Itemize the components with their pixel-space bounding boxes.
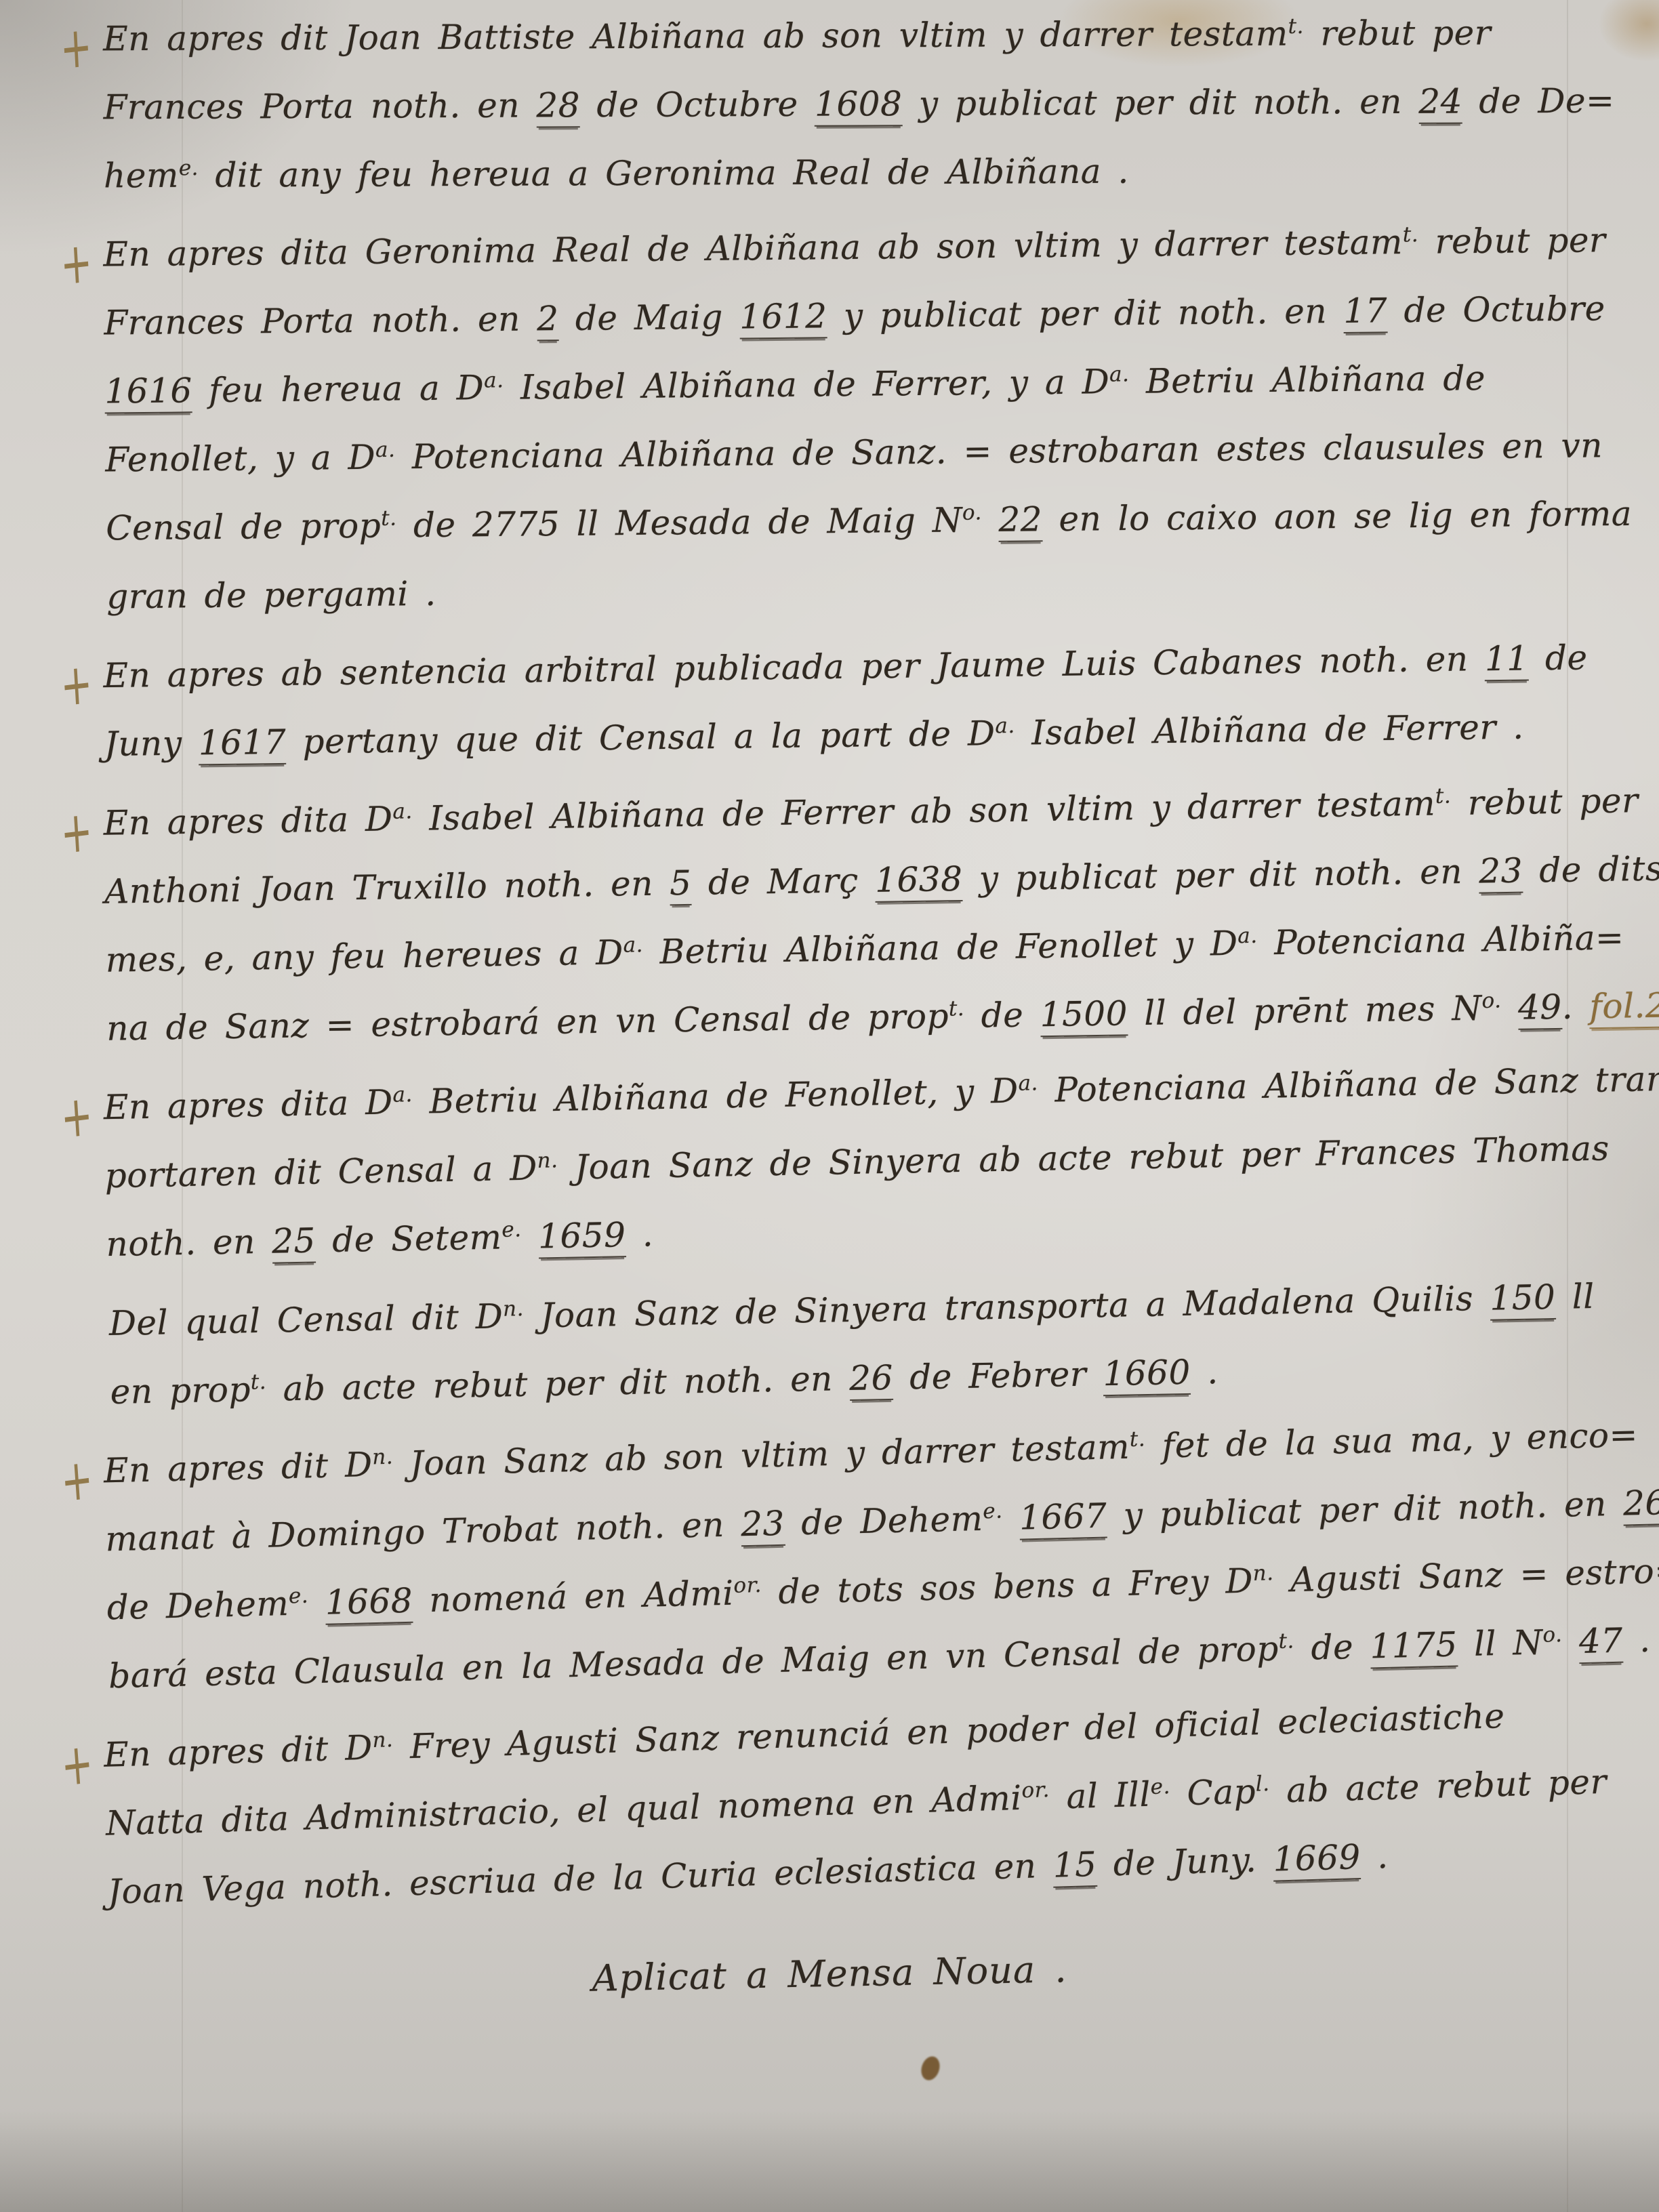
register-entry: + En apres dita Geronima Real de Albiñan… — [0, 206, 1659, 632]
closing-note: Aplicat a Mensa Noua . — [0, 1937, 1659, 2011]
manuscript-line: heme. dit any feu hereua a Geronima Real… — [104, 135, 1659, 210]
register-entry: + En apres dita Da. Betriu Albiñana de F… — [0, 1045, 1659, 1281]
cross-mark-icon: + — [58, 12, 94, 82]
cross-mark-icon: + — [59, 1445, 95, 1515]
cross-mark-icon: + — [59, 649, 94, 720]
manuscript-line: Frances Porta noth. en 28 de Octubre 160… — [103, 66, 1659, 142]
manuscript-page: + En apres dit Joan Battiste Albiñana ab… — [0, 0, 1659, 2212]
register-entry: + En apres dit Dn. Joan Sanz ab son vlti… — [0, 1400, 1659, 1713]
register-entry: + En apres dita Da. Isabel Albiñana de F… — [0, 766, 1659, 1065]
cross-mark-icon: + — [59, 228, 94, 299]
register-entry: + En apres ab sentencia arbitral publica… — [0, 623, 1659, 780]
register-entry: Del qual Censal dit Dn. Joan Sanz de Sin… — [0, 1261, 1659, 1429]
register-entry: + En apres dit Dn. Frey Agusti Sanz renu… — [0, 1678, 1659, 1929]
cross-mark-icon: + — [59, 1081, 95, 1151]
manuscript-text: + En apres dit Joan Battiste Albiñana ab… — [0, 5, 1659, 1995]
manuscript-line: En apres dit Joan Battiste Albiñana ab s… — [103, 0, 1659, 73]
cross-mark-icon: + — [59, 797, 95, 867]
cross-mark-icon: + — [59, 1729, 96, 1799]
register-entry: + En apres dit Joan Battiste Albiñana ab… — [0, 0, 1659, 211]
ink-speck — [918, 2054, 943, 2083]
manuscript-line: gran de pergami . — [106, 548, 1659, 631]
